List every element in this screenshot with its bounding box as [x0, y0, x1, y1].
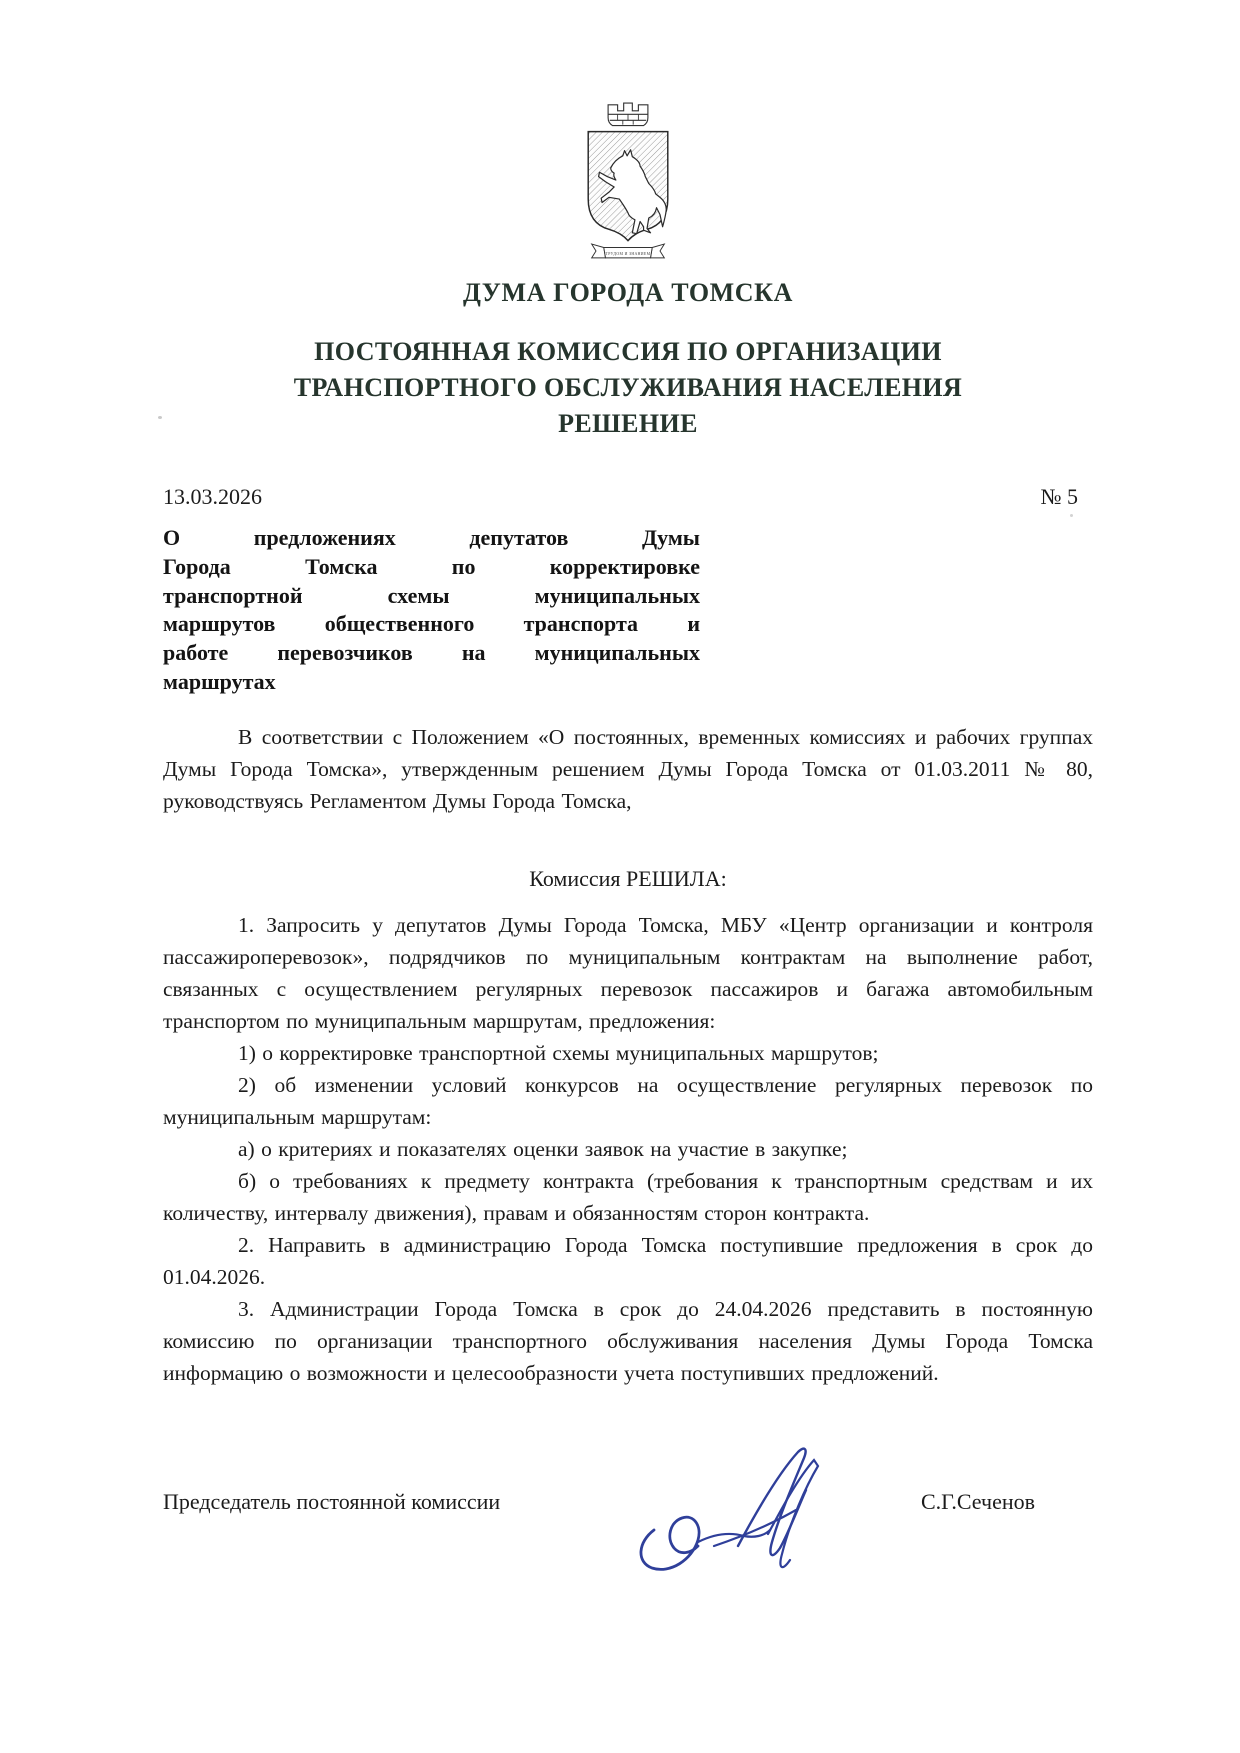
- document-page: ТРУДОМ И ЗНАНИЕМ ДУМА ГОРОДА ТОМСКА ПОСТ…: [0, 0, 1240, 1753]
- document-number: № 5: [1041, 482, 1094, 512]
- subject-line: О предложениях депутатов Думы: [163, 524, 700, 553]
- resolution-item: 1) о корректировке транспортной схемы му…: [163, 1037, 1093, 1069]
- resolution-item: 2) об изменении условий конкурсов на осу…: [163, 1069, 1093, 1133]
- resolution-item: а) о критериях и показателях оценки заяв…: [163, 1133, 1093, 1165]
- resolution-item: 2. Направить в администрацию Города Томс…: [163, 1229, 1093, 1293]
- organization-title: ДУМА ГОРОДА ТОМСКА: [163, 276, 1093, 310]
- mural-crown-icon: [608, 103, 648, 125]
- document-content: ТРУДОМ И ЗНАНИЕМ ДУМА ГОРОДА ТОМСКА ПОСТ…: [0, 97, 1240, 1657]
- commission-line-2: ТРАНСПОРТНОГО ОБСЛУЖИВАНИЯ НАСЕЛЕНИЯ: [163, 370, 1093, 406]
- signature-block: Председатель постоянной комиссии С.Г.Сеч…: [163, 1487, 1093, 1657]
- resolution-heading: Комиссия РЕШИЛА:: [163, 863, 1093, 895]
- document-type: РЕШЕНИЕ: [163, 406, 1093, 442]
- subject-line: маршрутов общественного транспорта и: [163, 610, 700, 639]
- resolution-item: 3. Администрации Города Томска в срок до…: [163, 1293, 1093, 1389]
- scan-artifact: [1070, 514, 1073, 517]
- resolution-item: б) о требованиях к предмету контракта (т…: [163, 1165, 1093, 1229]
- document-meta-row: 13.03.2026 № 5: [163, 482, 1093, 512]
- motto-text: ТРУДОМ И ЗНАНИЕМ: [606, 252, 651, 256]
- preamble-paragraph: В соответствии с Положением «О постоянны…: [163, 721, 1093, 817]
- coat-of-arms-icon: ТРУДОМ И ЗНАНИЕМ: [576, 97, 680, 270]
- resolution-item: 1. Запросить у депутатов Думы Города Том…: [163, 909, 1093, 1037]
- handwritten-signature-icon: [618, 1438, 908, 1593]
- subject-line: маршрутах: [163, 668, 700, 697]
- subject-line: работе перевозчиков на муниципальных: [163, 639, 700, 668]
- subject-line: транспортной схемы муниципальных: [163, 582, 700, 611]
- signer-title: Председатель постоянной комиссии: [163, 1489, 500, 1515]
- tomsk-coat-of-arms: ТРУДОМ И ЗНАНИЕМ: [576, 97, 680, 270]
- commission-line-1: ПОСТОЯННАЯ КОМИССИЯ ПО ОРГАНИЗАЦИИ: [163, 334, 1093, 370]
- document-subject: О предложениях депутатов ДумыГорода Томс…: [163, 524, 700, 697]
- subject-line: Города Томска по корректировке: [163, 553, 700, 582]
- scan-artifact: [158, 416, 162, 419]
- resolution-items: 1. Запросить у депутатов Думы Города Том…: [163, 909, 1093, 1389]
- document-date: 13.03.2026: [163, 482, 262, 512]
- signer-name: С.Г.Сеченов: [921, 1489, 1035, 1515]
- commission-heading: ПОСТОЯННАЯ КОМИССИЯ ПО ОРГАНИЗАЦИИ ТРАНС…: [163, 334, 1093, 442]
